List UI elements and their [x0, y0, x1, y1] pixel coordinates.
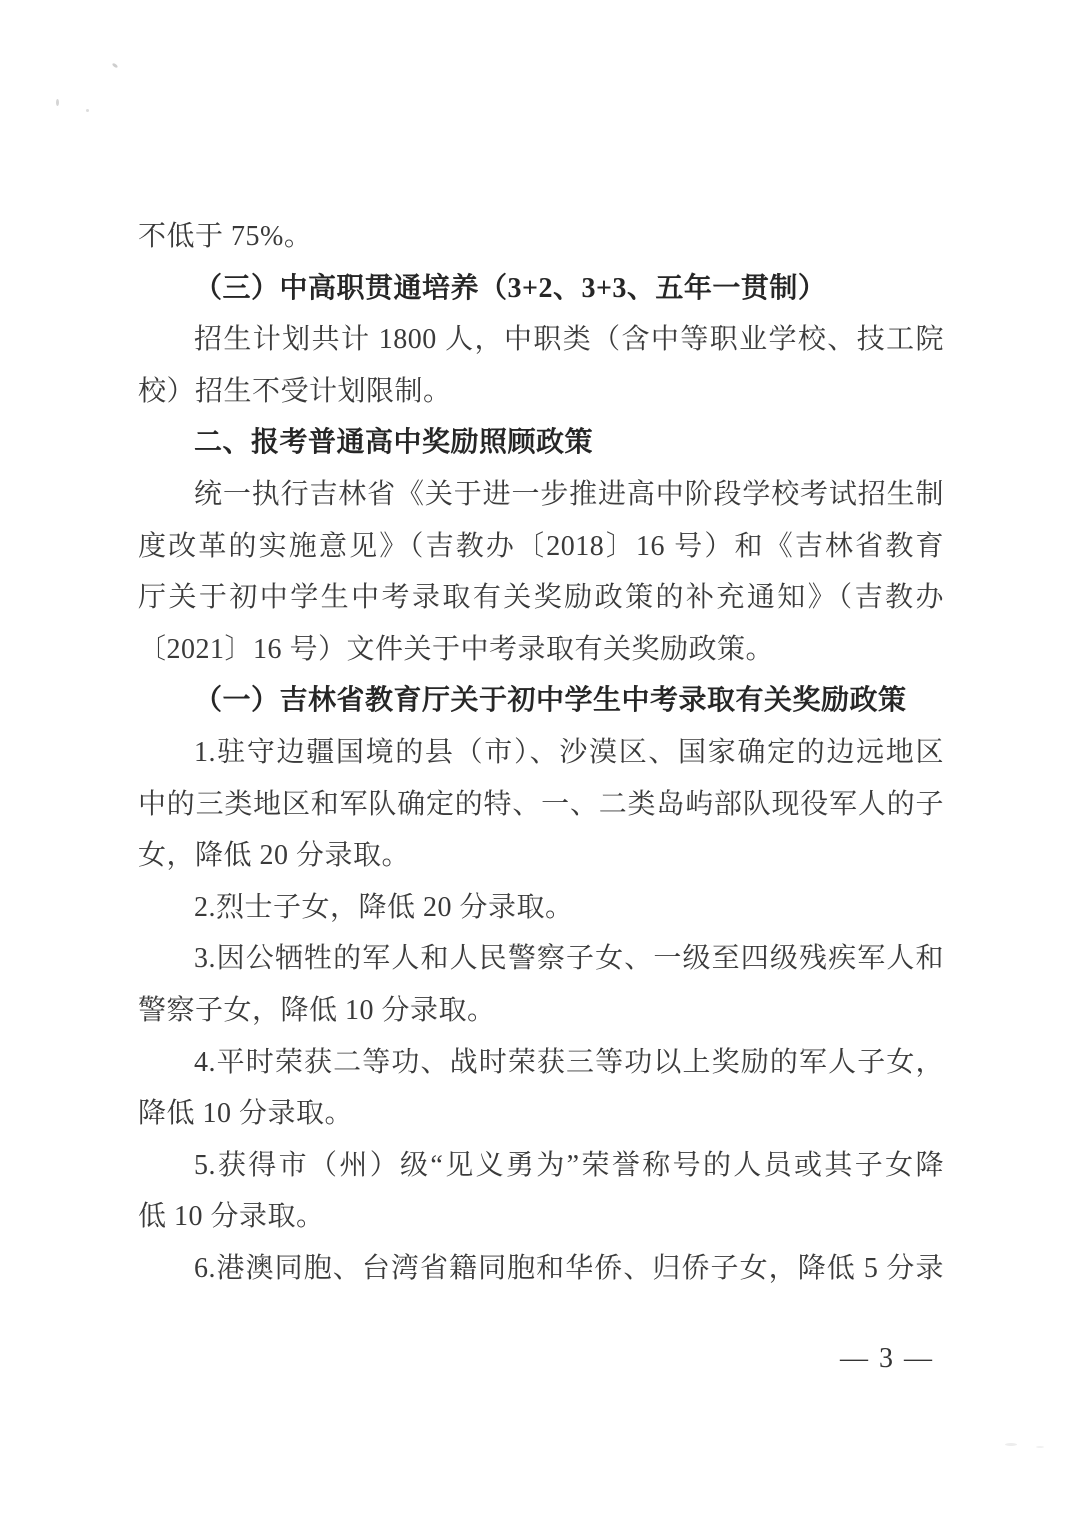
body-line: 1.驻守边疆国境的县（市）、沙漠区、国家确定的边远地区 [138, 727, 944, 779]
body-line: 3.因公牺牲的军人和人民警察子女、一级至四级残疾军人和 [138, 933, 944, 985]
body-line: 5.获得市（州）级“见义勇为”荣誉称号的人员或其子女降 [138, 1140, 944, 1192]
body-line: 低 10 分录取。 [138, 1191, 944, 1243]
body-line: 度改革的实施意见》（吉教办〔2018〕16 号）和《吉林省教育 [138, 521, 944, 573]
body-line: 中的三类地区和军队确定的特、一、二类岛屿部队现役军人的子 [138, 779, 944, 831]
section-heading: （三）中高职贯通培养（3+2、3+3、五年一贯制） [138, 263, 944, 315]
section-heading: （一）吉林省教育厅关于初中学生中考录取有关奖励政策 [138, 675, 944, 727]
body-line: 女，降低 20 分录取。 [138, 830, 944, 882]
body-line: 不低于 75%。 [138, 211, 944, 263]
scan-speck [1036, 1446, 1044, 1448]
document-body: 不低于 75%。 （三）中高职贯通培养（3+2、3+3、五年一贯制） 招生计划共… [138, 211, 944, 1294]
body-line: 厅关于初中学生中考录取有关奖励政策的补充通知》（吉教办 [138, 572, 944, 624]
body-line: 降低 10 分录取。 [138, 1088, 944, 1140]
section-heading: 二、报考普通高中奖励照顾政策 [138, 417, 944, 469]
scan-speck [86, 109, 89, 112]
body-line: 6.港澳同胞、台湾省籍同胞和华侨、归侨子女，降低 5 分录 [138, 1243, 944, 1295]
document-page: 不低于 75%。 （三）中高职贯通培养（3+2、3+3、五年一贯制） 招生计划共… [0, 0, 1080, 1527]
body-line: 统一执行吉林省《关于进一步推进高中阶段学校考试招生制 [138, 469, 944, 521]
scan-speck [112, 63, 119, 69]
body-line: 〔2021〕16 号）文件关于中考录取有关奖励政策。 [138, 624, 944, 676]
scan-speck [56, 99, 59, 106]
body-line: 招生计划共计 1800 人，中职类（含中等职业学校、技工院 [138, 314, 944, 366]
body-line: 2.烈士子女，降低 20 分录取。 [138, 882, 944, 934]
page-number: — 3 — [840, 1334, 934, 1384]
scan-speck [1005, 1443, 1017, 1446]
body-line: 校）招生不受计划限制。 [138, 366, 944, 418]
body-line: 4.平时荣获二等功、战时荣获三等功以上奖励的军人子女， [138, 1037, 944, 1089]
body-line: 警察子女，降低 10 分录取。 [138, 985, 944, 1037]
